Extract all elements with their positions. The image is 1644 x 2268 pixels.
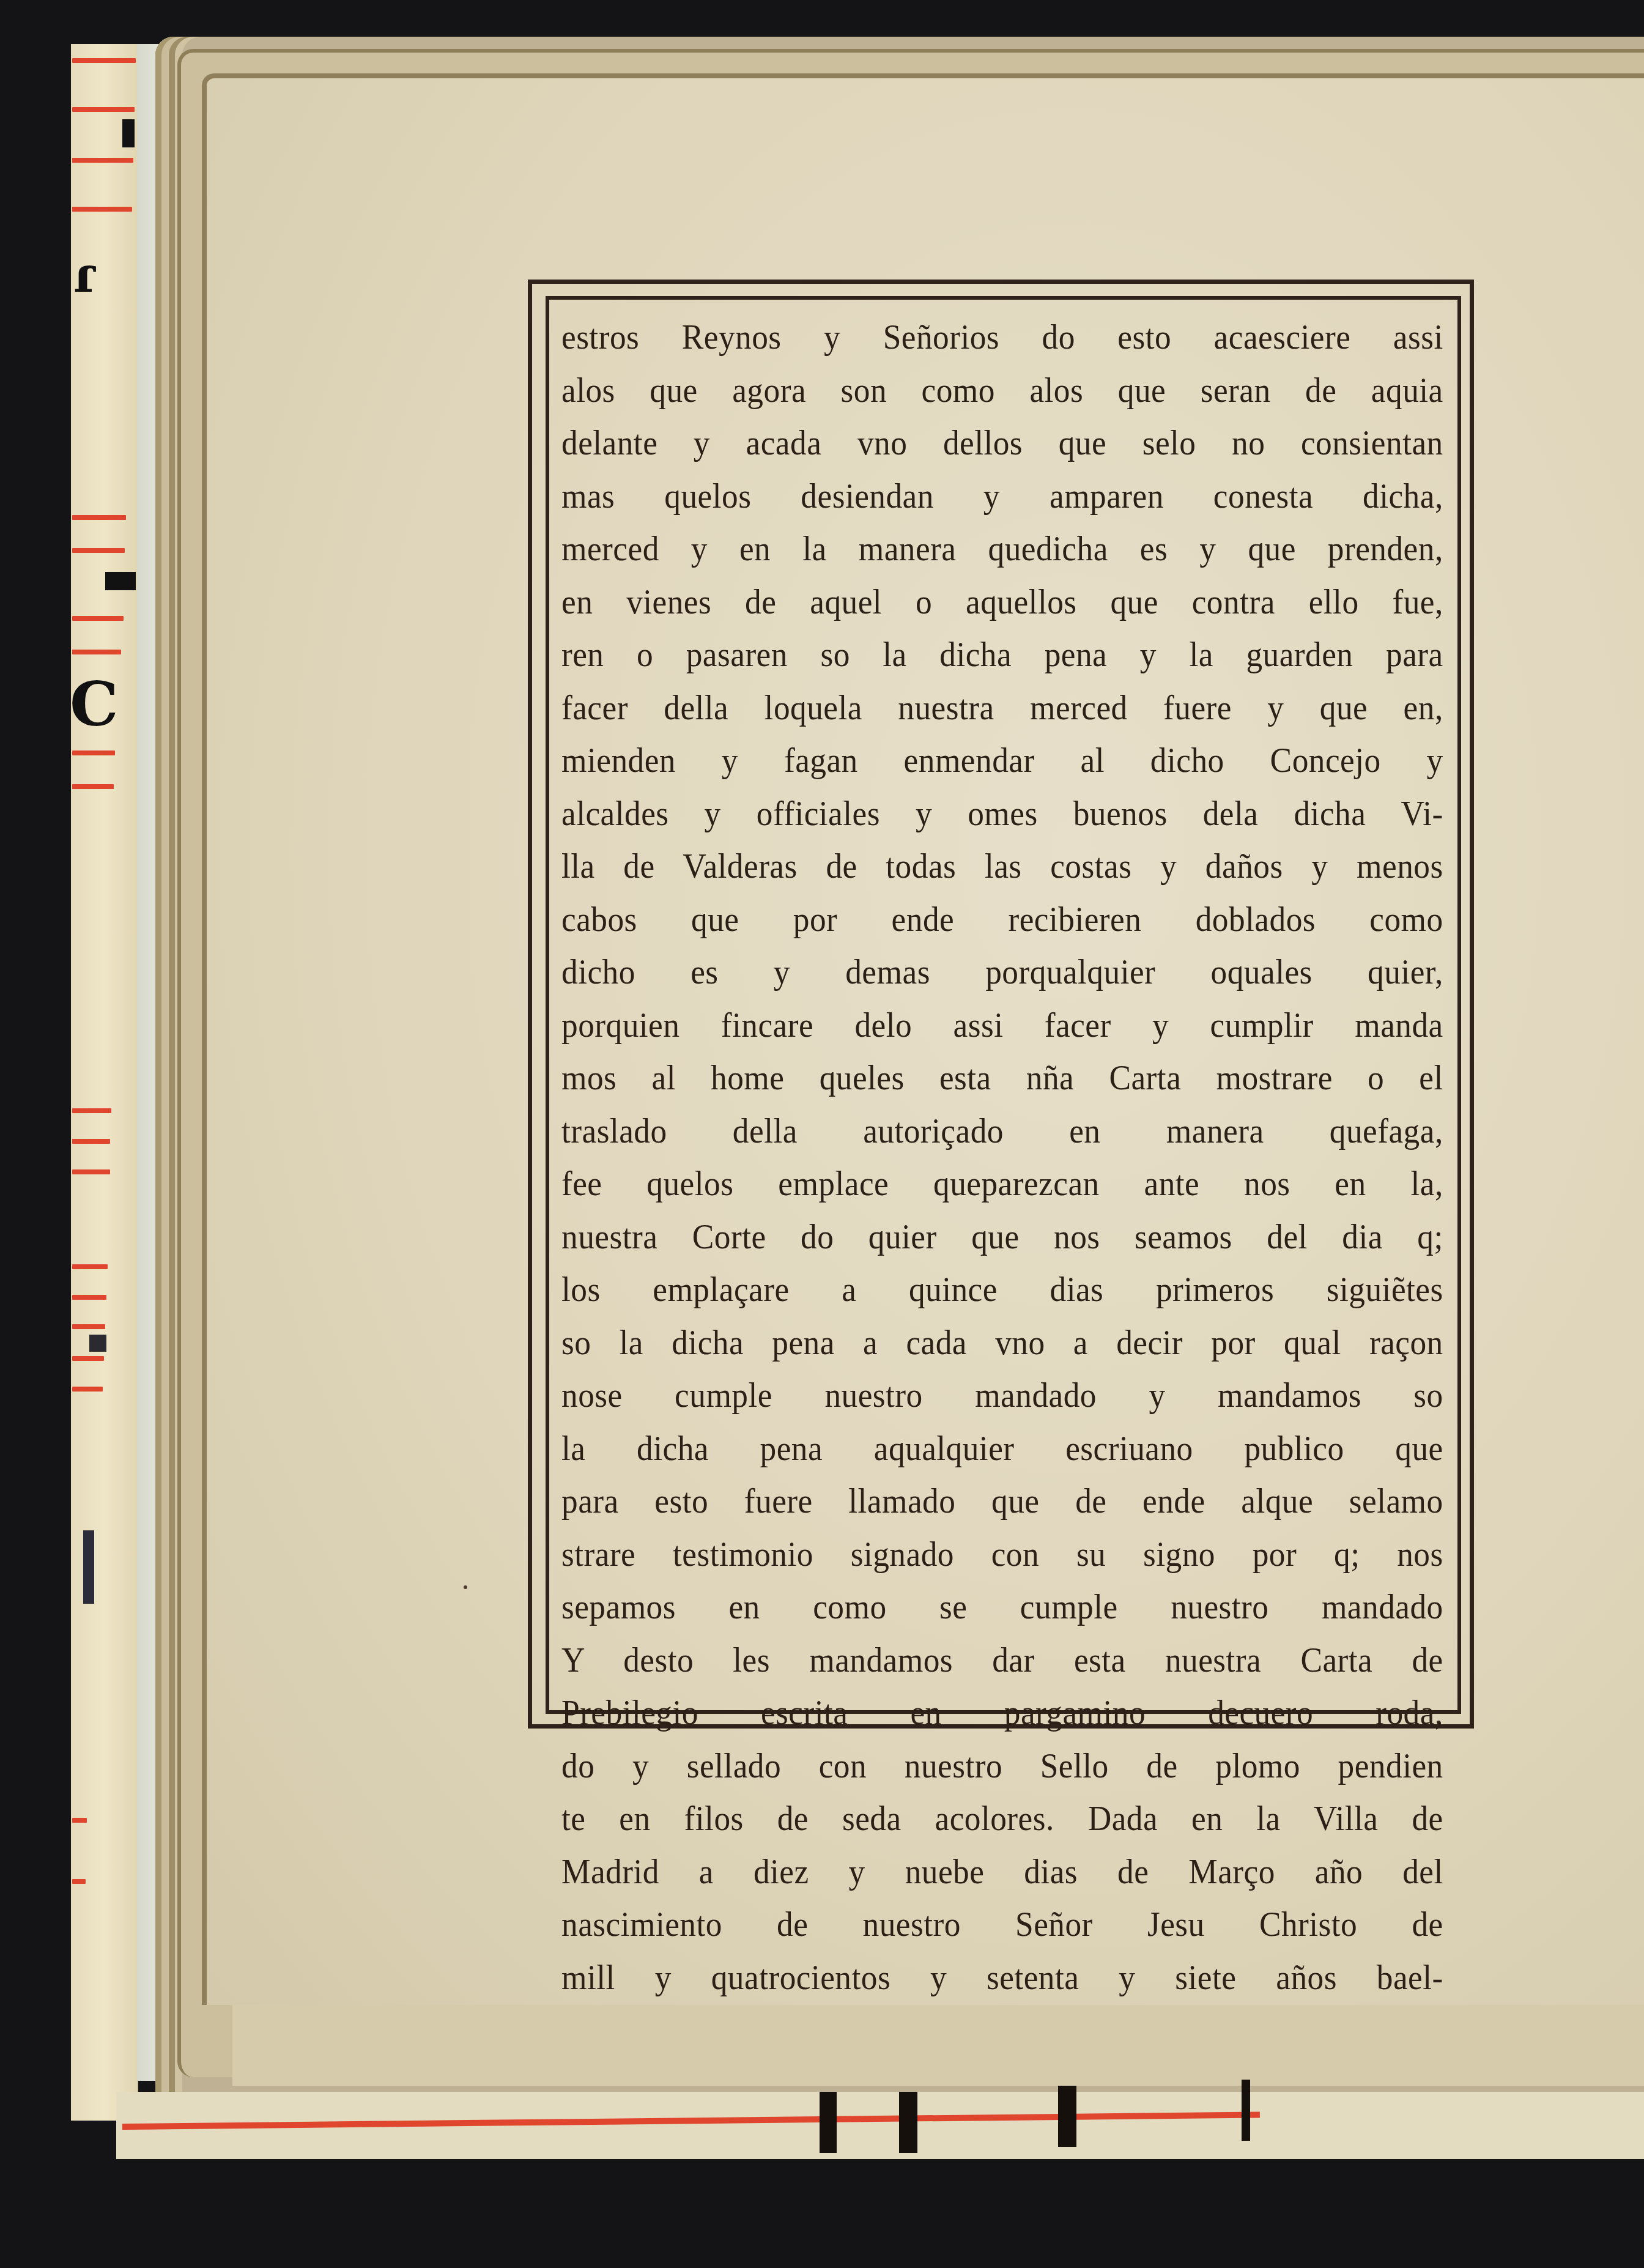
ruler-line [72, 515, 126, 520]
ruler-line [72, 750, 115, 755]
text-line: estros Reynos y Señorios do esto acaesci… [561, 311, 1443, 364]
text-line: alcaldes y officiales y omes buenos dela… [561, 787, 1443, 840]
text-line: Y desto les mandamos dar esta nuestra Ca… [561, 1634, 1443, 1687]
text-line: Madrid a diez y nuebe dias de Março año … [561, 1845, 1443, 1899]
ruler-line [72, 616, 124, 621]
ruler-line [72, 1108, 111, 1113]
text-line: en vienes de aquel o aquellos que contra… [561, 576, 1443, 629]
bottom-ruler-mark [1242, 2080, 1250, 2141]
ruler-c-mark: C [70, 668, 119, 740]
ruler-line [72, 58, 136, 63]
ruler-line [72, 1356, 104, 1361]
bottom-ruler-mark [1058, 2086, 1076, 2147]
ruler-line [72, 158, 133, 163]
text-line: do y sellado con nuestro Sello de plomo … [561, 1740, 1443, 1793]
ruler-line [72, 1295, 106, 1300]
ruler-line [72, 1818, 87, 1823]
text-line: la dicha pena aqualquier escriuano publi… [561, 1422, 1443, 1475]
ruler-line [72, 1139, 110, 1144]
text-line: fee quelos emplace queparezcan ante nos … [561, 1157, 1443, 1210]
ruler-line [72, 1264, 108, 1269]
ruler-black-mark [83, 1530, 94, 1604]
text-line: nuestra Corte do quier que nos seamos de… [561, 1210, 1443, 1264]
ruler-line [72, 1387, 103, 1392]
text-line: sepamos en como se cumple nuestro mandad… [561, 1581, 1443, 1634]
text-line: alos que agora son como alos que seran d… [561, 364, 1443, 417]
text-line: cabos que por ende recibieren doblados c… [561, 893, 1443, 946]
text-line: mienden y fagan enmendar al dicho Concej… [561, 734, 1443, 787]
spine-ruler-strip: ɾ C [71, 44, 138, 2121]
bottom-ruler-mark [820, 2092, 837, 2153]
text-line: dicho es y demas porqualquier oquales qu… [561, 946, 1443, 999]
ruler-line [72, 207, 132, 212]
text-line: para esto fuere llamado que de ende alqu… [561, 1475, 1443, 1528]
ruler-line [72, 1324, 105, 1329]
text-line: so la dicha pena a cada vno a decir por … [561, 1316, 1443, 1369]
ruler-line [72, 1169, 110, 1174]
ruler-black-mark [89, 1335, 106, 1352]
manuscript-text: estros Reynos y Señorios do esto acaesci… [561, 311, 1449, 2004]
text-line: facer della loquela nuestra merced fuere… [561, 681, 1443, 735]
text-line: strare testimonio signado con su signo p… [561, 1528, 1443, 1581]
text-line: porquien fincare delo assi facer y cumpl… [561, 999, 1443, 1052]
ruler-black-mark [105, 572, 136, 590]
text-line: mas quelos desiendan y amparen conesta d… [561, 470, 1443, 523]
ruler-curl-mark: ɾ [73, 246, 95, 303]
text-line: Prebilegio escrita en pargamino decuero … [561, 1686, 1443, 1740]
ruler-black-mark [122, 119, 135, 147]
text-line: lla de Valderas de todas las costas y da… [561, 840, 1443, 893]
text-line: ren o pasaren so la dicha pena y la guar… [561, 628, 1443, 681]
ink-speck [464, 1585, 467, 1589]
bottom-ruler-mark [899, 2092, 917, 2153]
text-line: mos al home queles esta nña Carta mostra… [561, 1051, 1443, 1105]
text-line: traslado della autoriçado en manera quef… [561, 1105, 1443, 1158]
page-bottom-edge [232, 1991, 1644, 2086]
text-line: mill y quatrocientos y setenta y siete a… [561, 1951, 1443, 2004]
ruler-line [72, 548, 125, 553]
text-line: merced y en la manera quedicha es y que … [561, 522, 1443, 576]
text-line: los emplaçare a quince dias primeros sig… [561, 1263, 1443, 1316]
ruler-line [72, 784, 114, 789]
text-line: nascimiento de nuestro Señor Jesu Christ… [561, 1898, 1443, 1951]
text-line: te en filos de seda acolores. Dada en la… [561, 1792, 1443, 1845]
text-line: delante y acada vno dellos que selo no c… [561, 417, 1443, 470]
text-line: nose cumple nuestro mandado y mandamos s… [561, 1369, 1443, 1422]
ruler-line [72, 650, 121, 654]
ruler-line [72, 1879, 86, 1884]
ruler-line [72, 107, 135, 112]
text-frame-inner-border: estros Reynos y Señorios do esto acaesci… [546, 296, 1461, 1714]
